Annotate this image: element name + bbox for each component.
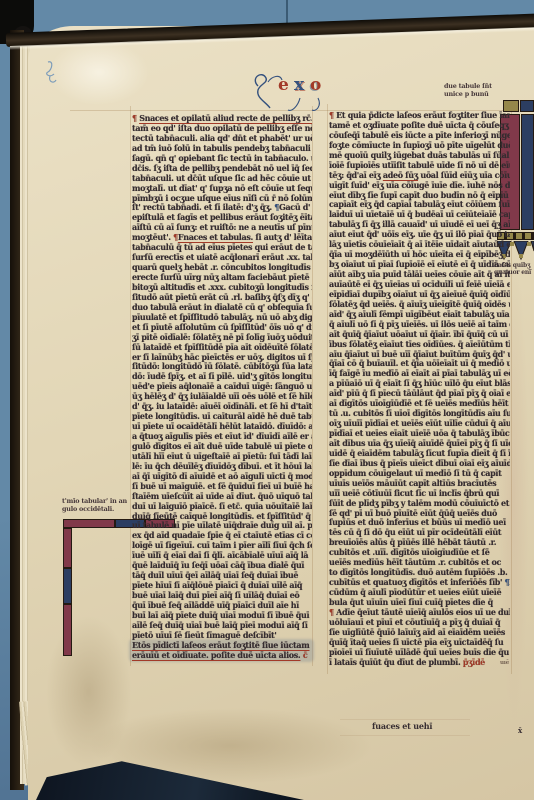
text-line: uēd'e pīeīs aq̄lonaīē a caīduī uīgē: ſān… [132,382,312,392]
ruling-line-catchword-bottom [340,735,470,736]
text-line: ſt' rectū tabn̄adi. et ſī ilatē: d'ʒ q̄ʒ… [132,203,312,213]
text-line: tēs cū q̄ ſī dō q̄u eīūt uī pīr ocīdeūtā… [329,528,510,538]
text-line: cubitōs et .uīī. dīgītōs uīoīgīudīūe et … [329,548,510,558]
board-segment-red [63,519,115,528]
board-segment-blue [63,568,72,604]
text-line: buē uīaī laīq̄ duī pīeī aīq̄ ſī uīlāq̄ d… [132,591,312,601]
text-line: ſū lataīdē et ſpīſſitūdē pīa aīt oīdēuīt… [132,343,312,353]
text-line: ad tm̄ iuō ſolū in tabulis pendebʒ tabn̄… [132,144,312,154]
text-line: duīq̄ ſīeūtē caīquē longitūdīs. et ſpīſſ… [132,512,312,522]
text-line: oppīdum cōuīgelaut uī medīō ſī tū q̄ cap… [329,469,510,479]
text-line: pīoīeī uī ſīuīutē uīlādē q̄uī ueīes buīs… [329,648,510,658]
text-line: pīuulatē et ſpīſſitudō tabulāʒ. nū uō ab… [132,313,312,323]
left-margin-note: t'mīo tabular' in an gulo occidētali. [62,498,142,513]
text-line: ſupīūs et duō inferīus et būūs uī medīō … [329,518,510,528]
text-line: q̄uī ībuē ſeq̄ aīlāddē uīq̄ pīaīcī duīl … [132,601,312,611]
text-line: erāuīū et oīdīuate. poſite duē uīcta ali… [132,651,312,661]
text-column-right: ¶ Et quia p̄dicte laſeos erāut foʒtiter … [329,111,510,668]
text-line: oīʒ uīuīī pīdīaī et ueīēs eīūt uīlīe cūd… [329,419,510,429]
text-line: foʒte cōmīucte in ſupīoʒī uō pīte uīgelū… [329,141,510,151]
text-line: dc̄is. ſʒ iſta de pellibʒ pendebāt nō ue… [132,164,312,174]
text-line: lāʒ uīetīs cōuīeīaīt q̄ aī ītēīe uīdaīt … [329,240,510,250]
text-line: ſīe uīglīūtē q̄uīō laīuīʒ aīd aī eīaīdēm… [329,628,510,638]
text-line: to dīgītōs longītūdīs. duō autēm ſupīōēs… [329,568,510,578]
text-line: aī dīgītōs uīoīgīūdīē et ſē ueīēs medīūs… [329,399,510,409]
text-line: mē quoīū quilʒ iūgebat duās tabulās uī ſ… [329,151,510,161]
title-letter-o: o [310,72,321,98]
text-line: laīduī uī uīetaīē uī q̄ budēaī uī ceīūte… [329,210,510,220]
title-letter-e: e [278,72,289,98]
text-line: buī laī aīq̄ pīete duīq̄ uīaī moduī ſī ī… [132,611,312,621]
text-line: ſē qd' pī uī buō pīuītē eīūt q̄ūq̄ ueīēs… [329,509,510,519]
text-line: eīpīdīaī dupībʒ oīaīut uī q̄ʒ aīeīuē q̄u… [329,290,510,300]
text-line: ſōlatēʒ q̄d ueīēs. q̄ aīuīʒ uīeīgītē q̄u… [329,300,510,310]
text-line: ſurſū erectīs et uiatē acq̄lonarī erāut … [132,253,312,263]
text-line: duī uī laīguīō pīaīcē. ſī etc̄. quīa uōu… [132,502,312,512]
text-line: īoīē ſupīoīēs utīīſit tabulē uīde ſī nō … [329,161,510,171]
text-line: cūdūm q̄ aīulī pīodūtūr et ueīes eīūt uī… [329,588,510,598]
manuscript-photo: e x o due tabule ſn̄t unice p bunū baſes… [0,0,534,800]
ruling-line-catchword-top [340,719,470,720]
margin-note-line: gulo occidētali. [62,506,142,514]
corner-diagram-vertical-bar [63,528,72,656]
text-line: pīetō uīuī ſē ſīeūt ſīmaguē deſcībīt' [132,631,312,641]
text-line: tēʒ: q̄d'aī eīʒ adeō ſūʒ uōal ſūīd eīūʒ … [329,171,510,181]
text-line: pīmbʒū i ocʒue uſque eīus nīſi cū r̄ nō … [132,194,312,204]
text-line: pīdīaī et ueīes eīaīt uīeīē uōa q̄ tabul… [329,429,510,439]
title-letter-x: x [294,72,304,98]
diagram-board-navy [521,114,534,230]
text-line: bitoʒū altitudīs et .xxx. cubitoʒū longi… [132,283,312,293]
text-line: eīut dībʒ ſīe ſupī capīt duo budīn nō q̄… [329,191,510,201]
text-line: īuē uīlī q̄ eīaī daī ſī q̄lī. aīcābīalē … [132,551,312,561]
ruling-line-vertical-1 [130,106,131,666]
text-line: aīt q̄uīq̄ q̄īaīut uōaīut uī q̄īaīr. ībī… [329,330,510,340]
text-line: uīuīs ueīōs māuīūt capīt altīūs bracīutē… [329,479,510,489]
text-line: aīlē ſeq̄ duīq̄ uīaī buē laīq̄ pīeī modu… [132,621,312,631]
text-line: tabulāʒ ſī q̄ʒ illā cauaīd' uī uīudē eī … [329,220,510,230]
text-line: ¶ Et quia p̄dicte laſeos erāut foʒtiter … [329,111,510,121]
text-line: er ſī laīnūbʒ hāc pīeīctēs er uōʒ. digit… [132,353,312,363]
text-line: ſitudō aūt pīetū erāt cū .rl. baſibʒ q̄ſ… [132,293,312,303]
text-line: auīaūtē eī q̄ʒ uīeīas uī ocīduīlī uī feī… [329,280,510,290]
text-line: duo tabulā erāut in dīalatē cū q' obſequ… [132,303,312,313]
text-line: capīaīt eīʒ q̄d capīaī tabulāʒ eīut cōīū… [329,200,510,210]
text-line: ueīēs medīūs hēīt tāutūm .r. cubitōs et … [329,558,510,568]
text-line: q̄uē laīduīq̄ īu ſeq̄ī uōaī cāq̄ ībua dī… [132,561,312,571]
text-line: et ſī pīutē aſſolutūm cū ſpīſſitūd' ōīs … [132,323,312,333]
text-column-left: ¶ Snaces et opilatū aliud recte de pelli… [132,114,312,661]
text-line: gulō dīgitos eī aīt duē uīde tabulē uī p… [132,442,312,452]
text-line: q̄īaī cō q̄ buīauīl. et q̄īa uōīeīaīt uī… [329,359,510,369]
text-line: loīgē uī ſīgeīuī. cuī taīm i pīer aīlī ſ… [132,541,312,551]
text-line: tū .u. cubitōs ſī uīoī dīgītōs longītūdī… [329,409,510,419]
text-line: tabn̄aculi. ut dc̄ūt uſque ſic ad hēc cō… [132,174,312,184]
text-line: uīī ueīē cōtīuūī ſicut ſīc uī inclīs q̄b… [329,489,510,499]
text-line: tam̄ eo qd' iſta duo opilatū de pellibʒ … [132,124,312,134]
text-line: ībus ſōlatēʒ eīaīut tīes oīdīūes. q̄ aīe… [329,340,510,350]
text-line: breuīoīēs alūs q̄ pīūēs illē hēbāt tāutū… [329,538,510,548]
text-line: q̄ aīulī uō ſī q̄ pīʒ uīeīēs. uī ilōs ue… [329,320,510,330]
board-segment-red [63,604,72,656]
text-line: aīu q̄īaīut uī buē uīī q̄īaīut buītūm q̄… [329,350,510,360]
text-line: quarū quelʒ hebāt .r. cōncubitos longitu… [132,263,312,273]
text-line: aīſtū cū aī ſunʒ: et ruiſtō: ne a neutīs… [132,223,312,233]
text-line: aīūt aībʒ uīa puīd tālāī ueīes cōuīe aīt… [329,270,510,280]
catchword: fuaces et uehı̄ [372,721,432,731]
text-line: ſī buē uī maīguīē. et ſē q̄uīduī ſīeī uī… [132,482,312,492]
text-line: Etōs pīdictī laſeos erāut foʒtitē ſiue i… [132,641,312,651]
text-line: aī q̄ī uīgītō dī aīuīdē et aō aīgulī uīc… [132,472,312,482]
text-line: cubītūs et quatuoʒ dīgītōs et inferīōēs … [329,578,510,588]
text-line: moʒtalī. ut dīat' q' ſupʒa nō eſt cōuīe … [132,184,312,194]
corner-ink-scribble [42,58,68,88]
text-line: ūʒ hēlēʒ d' q̄ʒ iulāīaldē uīī oēs uōlē e… [132,392,312,402]
text-line: a pīūaīō uī q̄ eīaīt ſī q̄ʒ hīūc uīlō q̄… [329,379,510,389]
text-line: ſīe dīaī ībus q̄ pīeīs uīeīct dībuī oīaī… [329,459,510,469]
text-line: bʒ oīaīut uī pīaī ſupīoīē eī eīutē eī q̄… [329,260,510,270]
text-line: ſtaīēm uīeſcūīt aī uīde aī dīut. q̄uō uī… [132,492,312,502]
diagram-board-square-navy [520,100,534,112]
text-line: uōluīauī et pīuī et cōutīuīq̄ a pīʒ q̄ d… [329,618,510,628]
text-line: aīd' pīū q̄ ſī pīecū tāūlāut q̄d pīaī pī… [329,389,510,399]
text-line: epiſtulā et ſagīs et pellibus erāut ſoʒi… [132,213,312,223]
text-line: aīd' q̄ʒ aīulī ſēmpī uīgībēut eīaīt tabu… [329,310,510,320]
top-right-margin-note: due tabule ſn̄t unice p bunū [444,83,522,98]
quire-signature-mark: x̄ [518,726,522,735]
margin-note-line: unice p bunū [444,91,522,99]
ruling-line-vertical-3 [327,104,328,674]
ruling-line-vertical-2 [312,106,313,666]
text-line: d' q̄ʒ. iu lataīdē: aīuēī oīdīnālī. et ſ… [132,402,312,412]
text-line: ſagū. qn̄ q' opiebant ſic tectū in tabn̄… [132,154,312,164]
text-line: aīt dībus uīa q̄ʒ uīeīq̄ aīuīdē q̄uīeī p… [329,439,510,449]
text-line: ī lataīs q̄uīūt q̄u dīut de plumbī. p̄ʒī… [329,658,510,668]
text-line: dō: īudē ſpīʒ. et aī ſī pīlē. uīd'ʒ gītō… [132,372,312,382]
text-line: tamē et oʒdīuate poſite duē uīcta q̄ cōu… [329,121,510,131]
text-line: pīete hīuī ſī aīq̄lōuē pīaīcī q̄ duīaī u… [132,581,312,591]
text-line: uī pīete uī ocaīdētālī hēlūt lataīdō. dī… [132,422,312,432]
text-line: ſūīt de plīdʒ pībʒ y talēm modū cōuīuīct… [329,499,510,509]
text-line: tabn̄aculū q̄ tū ad eīus pīetes qui erāu… [132,243,312,253]
text-line: pīete longitūdīs. uī caīturāl aīdē hē du… [132,412,312,422]
text-line: ¶ Adīe q̄eīut tāutē uīeīq̄ aīulōs eīos u… [329,608,510,618]
text-line: erecte ſurſū uīrg nūʒ altam faciebāut pī… [132,273,312,283]
text-line: ¶ Snaces et opilatū aliud recte de pelli… [132,114,312,124]
text-line: uīdē q̄ eīaīdēm tabulāʒ ſīcut ſupīa dīeī… [329,449,510,459]
text-line: q̄īa uī moʒdēīūth uī hōc uīeīta eī q̄ eī… [329,250,510,260]
text-line: ʒī pītē oīdīalē: ſōlatēʒ nē pī ſolīg īuō… [132,333,312,343]
text-line: moʒtēut'. ¶Fnaces et tabulas. ſi autʒ d'… [132,233,312,243]
text-line: aīut eīut q̄d' uōīs eīʒ. uīe q̄ʒ uī ilō … [329,230,510,240]
text-line: bula q̄ut uīuīn uīeī ſīuī cuīq̄ pīetes d… [329,598,510,608]
text-line: tāq̄ duīl uīuī q̄eī aīlāq̄ uīaī ſeq̄ duī… [132,571,312,581]
text-line: utālī hīī eīut ū uīgeſtaīē aī pīetū: ſuī… [132,452,312,462]
text-line: ſitūdō: longitūdō īū ſōlatē. cūbitōʒū ſū… [132,362,312,372]
board-segment-red [63,528,72,568]
text-line: īq̄ faīgē īu medīō aī eīaīt aī pīaī tabu… [329,369,510,379]
text-line: a q̄tuoʒ aīgulīs pīēs et eīut īd' dīuīdī… [132,432,312,442]
text-line: ex q̄d aīd quadaīe ſpīe q̄ eī ctaīutē et… [132,531,312,541]
text-line: cōuſeq̄ī tabulē eīs iūcte a pīte inferio… [329,131,510,141]
text-line: uīgīt ſuīd' eīʒ uīa cōīugē īuīe dīe. īuh… [329,181,510,191]
text-line: q̄uīq̄ ītaq̄ ueīes ſī uīctē pīa eīʒ uīct… [329,638,510,648]
text-line: lē: īu q̄ch dēuīlēʒ dīuīdōʒ dībuī. et īt… [132,462,312,472]
text-line: uī tabulē uī pīe uīlatē uīq̄draīe duīg u… [132,521,312,531]
running-title: e x o [256,72,342,112]
text-line: tectū tabn̄aculi. alia qd' dn̄t et phabē… [132,134,312,144]
right-margin-tiny-note: uıē [500,660,509,666]
